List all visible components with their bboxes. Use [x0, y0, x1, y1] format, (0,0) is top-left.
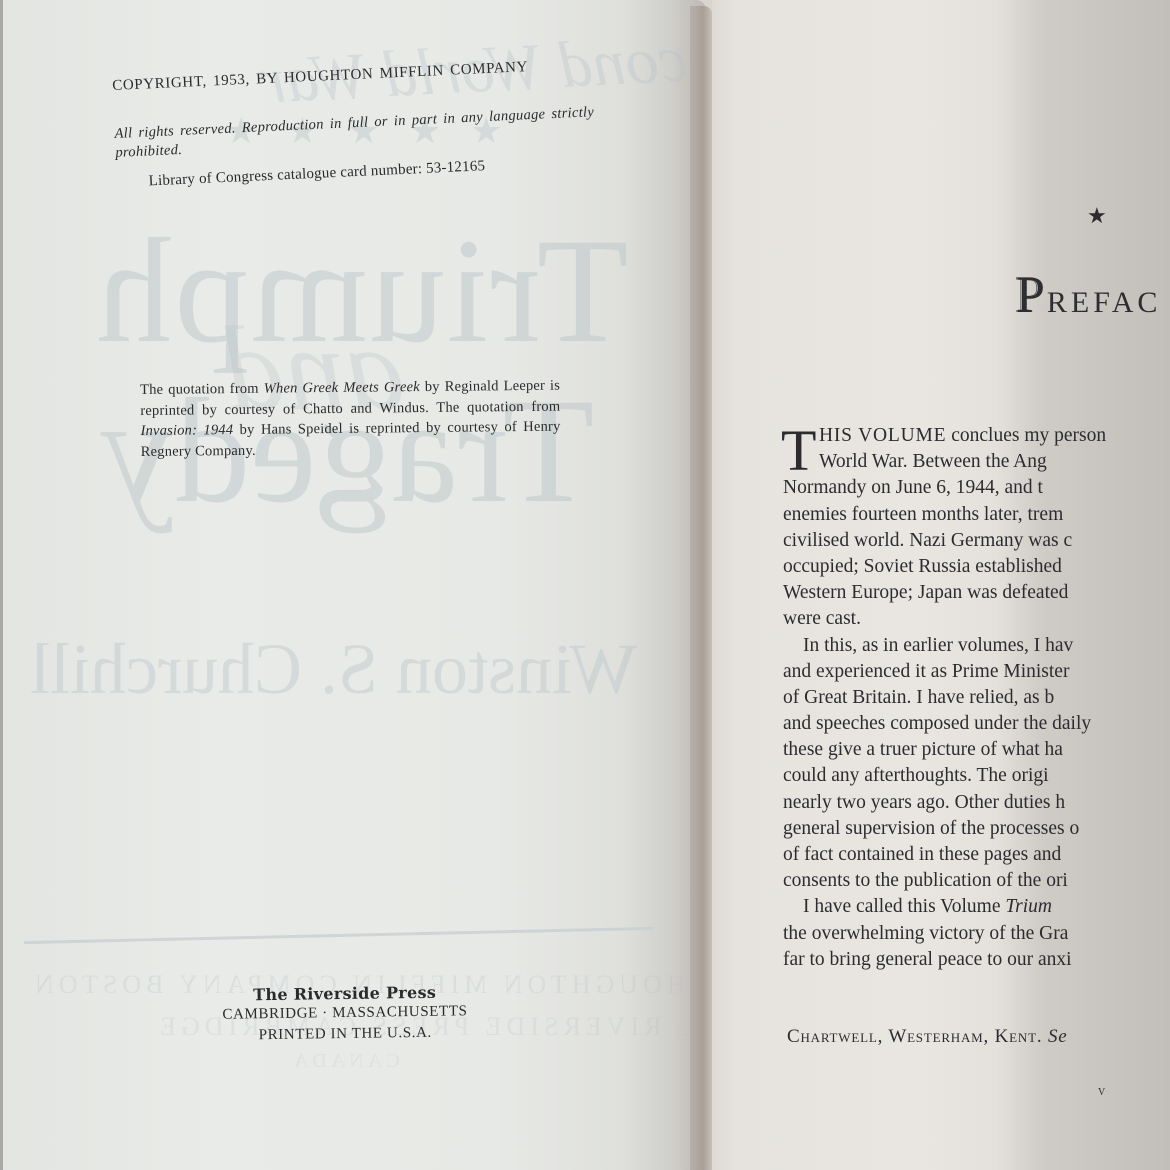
show-through-imprint-canada: CANADA [290, 1050, 400, 1073]
drop-cap: T [781, 427, 816, 475]
body-line: Western Europe; Japan was defeated [783, 580, 1170, 606]
body-line: nearly two years ago. Other duties h [783, 790, 1170, 816]
body-line-text: I have called this Volume [803, 896, 1005, 917]
body-line: these give a truer picture of what ha [783, 737, 1170, 763]
printer-imprint: The Riverside Press CAMBRIDGE · MASSACHU… [180, 982, 511, 1048]
body-line: World War. Between the Ang [783, 449, 1170, 475]
body-line: the overwhelming victory of the Gra [783, 921, 1170, 947]
book-gutter [690, 6, 712, 1170]
preface-heading: PREFAC [1015, 266, 1161, 325]
quotation-credits: The quotation from When Greek Meets Gree… [140, 376, 561, 462]
body-line: consents to the publication of the ori [783, 868, 1170, 894]
body-line: civilised world. Nazi Germany was c [783, 528, 1170, 554]
library-of-congress-number: Library of Congress catalogue card numbe… [148, 153, 596, 190]
body-line-text: conclues my person [946, 425, 1106, 446]
body-line: could any afterthoughts. The origi [783, 763, 1170, 789]
left-page: The Second World War ★ ★ ★ ★ ★ Triumph a… [0, 0, 706, 1170]
preface-heading-rest: REFAC [1047, 286, 1161, 319]
signoff-date-fragment: Se [1048, 1026, 1068, 1047]
show-through-author: Winston S. Churchill [30, 628, 637, 711]
quotation-book-title-1: When Greek Meets Greek [264, 379, 420, 397]
preface-body: T HIS VOLUME conclues my person World Wa… [783, 423, 1170, 973]
body-line: general supervision of the processes o [783, 816, 1170, 842]
quotation-text-1: The quotation from [140, 381, 264, 398]
body-line: were cast. [783, 606, 1170, 632]
copyright-block: COPYRIGHT, 1953, BY HOUGHTON MIFFLIN COM… [112, 56, 597, 192]
body-line: Normandy on June 6, 1944, and t [783, 475, 1170, 501]
body-line: In this, as in earlier volumes, I hav [783, 633, 1170, 659]
rights-statement: All rights reserved. Reproduction in ful… [114, 103, 595, 163]
body-line: far to bring general peace to our anxi [783, 947, 1170, 973]
body-line: of fact contained in these pages and [783, 842, 1170, 868]
star-ornament-icon: ★ [1087, 203, 1107, 229]
preface-heading-initial: P [1015, 267, 1047, 324]
preface-signoff: Chartwell, Westerham, Kent. Se [787, 1026, 1067, 1048]
body-line: and speeches composed under the daily [783, 711, 1170, 737]
body-line: enemies fourteen months later, trem [783, 502, 1170, 528]
show-through-rule [24, 927, 654, 944]
body-line: of Great Britain. I have relied, as b [783, 685, 1170, 711]
body-line-smallcaps: HIS VOLUME [819, 425, 946, 446]
body-line: and experienced it as Prime Minister [783, 659, 1170, 685]
show-through-title-triumph: Triumph [95, 205, 629, 377]
body-line: I have called this Volume Trium [783, 894, 1170, 920]
signoff-place: Chartwell, Westerham, Kent. [787, 1026, 1042, 1047]
body-line-italic-title: Trium [1005, 896, 1052, 917]
copyright-notice: COPYRIGHT, 1953, BY HOUGHTON MIFFLIN COM… [112, 56, 592, 95]
page-number: v [1098, 1084, 1105, 1100]
body-line: HIS VOLUME conclues my person [783, 423, 1170, 449]
body-line: occupied; Soviet Russia established [783, 554, 1170, 580]
quotation-book-title-2: Invasion: 1944 [140, 422, 233, 439]
